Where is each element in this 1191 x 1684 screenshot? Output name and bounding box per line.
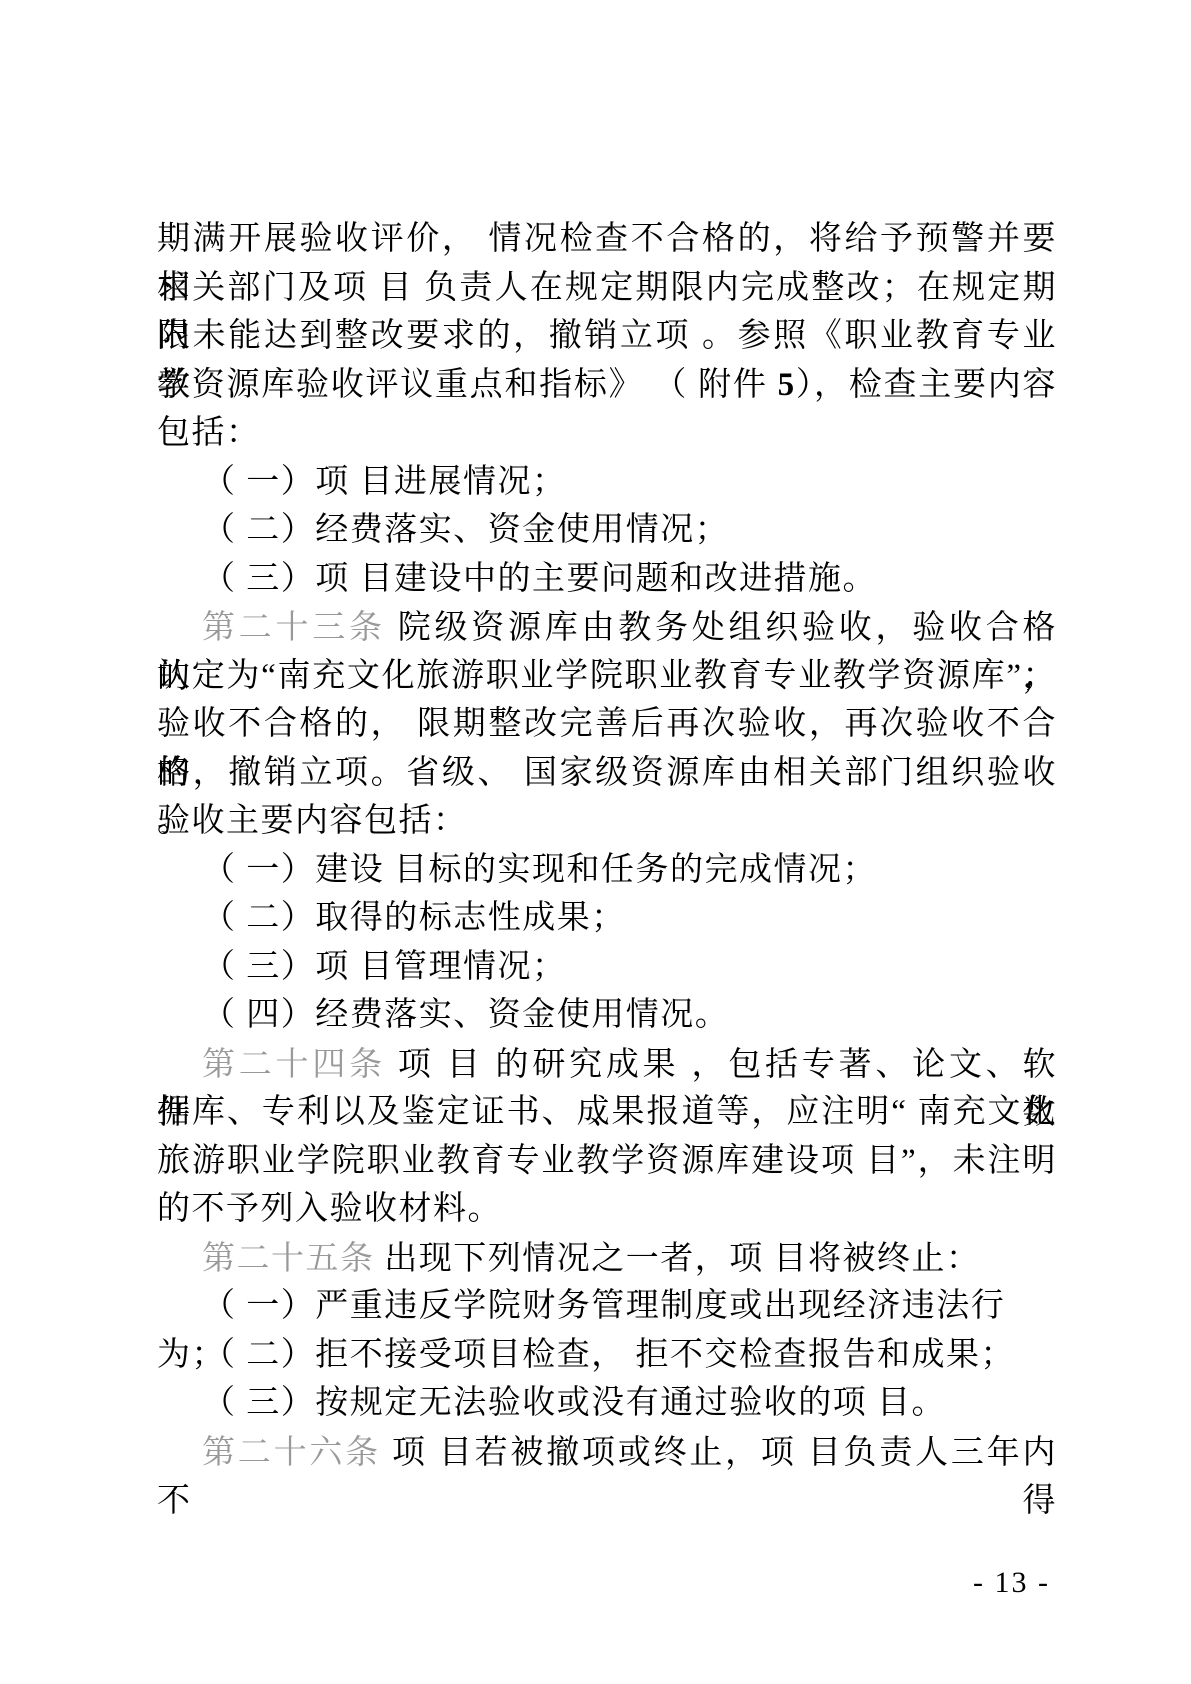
text-line: 验收主要内容包括： — [157, 797, 1057, 846]
text-segment: 出现下列情况之一者，项 目将被终止： — [375, 1241, 981, 1277]
text-segment: （ 三）项 目建设中的主要问题和改进措施。 — [202, 561, 877, 597]
text-segment: 旅游职业学院职业教育专业教学资源库建设项 目”，未注明 — [157, 1143, 1057, 1179]
text-segment: 5 — [778, 367, 796, 403]
text-line: 内未能达到整改要求的，撤销立项 。参照《职业教育专业教 — [157, 312, 1057, 361]
text-line: 期满开展验收评价， 情况检查不合格的，将给予预警并要求 — [157, 215, 1057, 264]
text-block: 期满开展验收评价， 情况检查不合格的，将给予预警并要求相关部门及项 目 负责人在… — [157, 215, 1057, 1476]
text-line: 第二十三条 院级资源库由教务处组织验收，验收合格的， — [157, 603, 1057, 652]
text-line: 第二十四条 项 目 的研究成果 ，包括专著、论文、软件、数 — [157, 1040, 1057, 1089]
text-segment: 包括： — [157, 415, 261, 451]
text-line: （ 一）项 目进展情况； — [157, 458, 1057, 507]
text-line: 认定为“南充文化旅游职业学院职业教育专业教学资源库”； — [157, 652, 1057, 701]
text-segment: 据库、专利以及鉴定证书、成果报道等，应注明“ 南充文化 — [157, 1094, 1057, 1130]
text-segment: （ 二）拒不接受项目检查， 拒不交检查报告和成果； — [202, 1337, 1015, 1373]
text-line: 相关部门及项 目 负责人在规定期限内完成整改；在规定期限 — [157, 264, 1057, 313]
text-line: 的不予列入验收材料。 — [157, 1185, 1057, 1234]
text-segment: ），检查主要内容 — [796, 367, 1057, 403]
text-line: （ 三）项 目管理情况； — [157, 943, 1057, 992]
text-line: 学资源库验收评议重点和指标》 （ 附件 5），检查主要内容 — [157, 361, 1057, 410]
text-line: 验收不合格的， 限期整改完善后再次验收，再次验收不合格 — [157, 700, 1057, 749]
text-line: 据库、专利以及鉴定证书、成果报道等，应注明“ 南充文化 — [157, 1088, 1057, 1137]
document-page: 期满开展验收评价， 情况检查不合格的，将给予预警并要求相关部门及项 目 负责人在… — [0, 0, 1191, 1684]
text-line: （ 四）经费落实、资金使用情况。 — [157, 991, 1057, 1040]
text-line: 第二十五条 出现下列情况之一者，项 目将被终止： — [157, 1234, 1057, 1283]
text-line: （ 一）建设 目标的实现和任务的完成情况； — [157, 846, 1057, 895]
text-segment: 认定为“南充文化旅游职业学院职业教育专业教学资源库”； — [157, 658, 1057, 694]
article-number: 第二十五条 — [202, 1239, 375, 1276]
text-line: 包括： — [157, 409, 1057, 458]
text-segment: 验收主要内容包括： — [157, 803, 468, 839]
text-segment: （ 一）项 目进展情况； — [202, 464, 567, 500]
text-line: 的，撤销立项。省级、 国家级资源库由相关部门组织验收 。 — [157, 749, 1057, 798]
text-segment: （ 一）建设 目标的实现和任务的完成情况； — [202, 852, 877, 888]
text-line: （ 三）项 目建设中的主要问题和改进措施。 — [157, 555, 1057, 604]
text-line: （ 三）按规定无法验收或没有通过验收的项 目。 — [157, 1379, 1057, 1428]
text-line: （ 二）取得的标志性成果； — [157, 894, 1057, 943]
text-line: （ 二）拒不接受项目检查， 拒不交检查报告和成果； — [157, 1331, 1057, 1380]
article-number: 第二十四条 — [202, 1045, 386, 1082]
text-segment: （ 二）经费落实、资金使用情况； — [202, 512, 729, 548]
page-number: - 13 - — [973, 1566, 1050, 1600]
text-segment: （ 二）取得的标志性成果； — [202, 900, 626, 936]
text-segment: （ 三）按规定无法验收或没有通过验收的项 目。 — [202, 1385, 946, 1421]
text-line: （ 一）严重违反学院财务管理制度或出现经济违法行为； — [157, 1282, 1057, 1331]
article-number: 第二十三条 — [202, 608, 386, 645]
text-line: （ 二）经费落实、资金使用情况； — [157, 506, 1057, 555]
text-segment: （ 三）项 目管理情况； — [202, 949, 567, 985]
text-segment: 的不予列入验收材料。 — [157, 1191, 502, 1227]
text-line: 第二十六条 项 目若被撤项或终止，项 目负责人三年内不得 — [157, 1428, 1057, 1477]
text-segment: （ 四）经费落实、资金使用情况。 — [202, 997, 729, 1033]
text-line: 旅游职业学院职业教育专业教学资源库建设项 目”，未注明 — [157, 1137, 1057, 1186]
article-number: 第二十六条 — [202, 1433, 381, 1470]
text-segment: 学资源库验收评议重点和指标》 （ 附件 — [157, 367, 778, 403]
